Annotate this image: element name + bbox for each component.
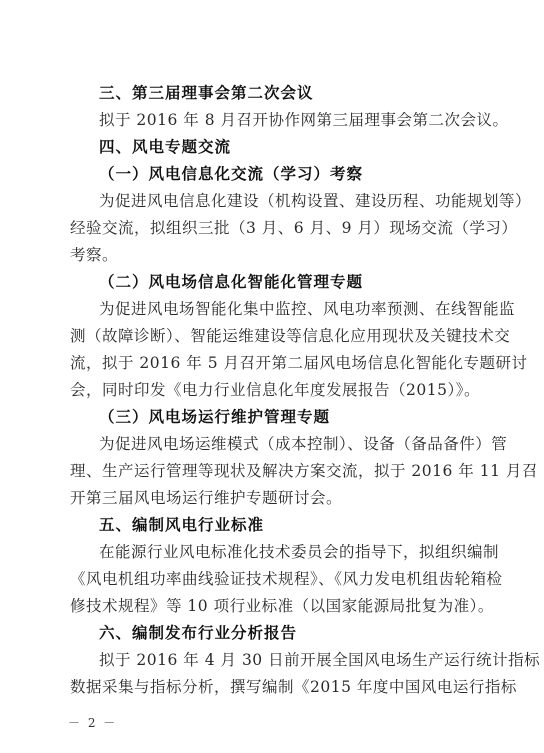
paragraph-line: 测（故障诊断）、智能运维建设等信息化应用现状及关键技术交: [70, 323, 474, 350]
subsection-heading-4-3: （三）风电场运行维护管理专题: [70, 404, 474, 431]
page-number: － 2 －: [68, 714, 117, 731]
section-heading-3: 三、第三届理事会第二次会议: [70, 80, 474, 107]
section-heading-6: 六、编制发布行业分析报告: [70, 620, 474, 647]
paragraph-line: 修技术规程》等 10 项行业标准（以国家能源局批复为准）。: [70, 593, 474, 620]
subsection-heading-4-1: （一）风电信息化交流（学习）考察: [70, 161, 474, 188]
paragraph-line: 数据采集与指标分析，撰写编制《2015 年度中国风电运行指标: [70, 674, 474, 701]
section-heading-5: 五、编制风电行业标准: [70, 512, 474, 539]
paragraph-line: 理、生产运行管理等现状及解决方案交流，拟于 2016 年 11 月召: [70, 458, 474, 485]
section-heading-4: 四、风电专题交流: [70, 134, 474, 161]
paragraph-line: 流，拟于 2016 年 5 月召开第二届风电场信息化智能化专题研讨: [70, 350, 474, 377]
paragraph-line: 开第三届风电场运行维护专题研讨会。: [70, 485, 474, 512]
paragraph-line: 经验交流，拟组织三批（3 月、6 月、9 月）现场交流（学习）: [70, 215, 474, 242]
document-body: 三、第三届理事会第二次会议 拟于 2016 年 8 月召开协作网第三届理事会第二…: [70, 80, 474, 701]
paragraph-line: 为促进风电信息化建设（机构设置、建设历程、功能规划等）: [70, 188, 474, 215]
paragraph-line: 拟于 2016 年 4 月 30 日前开展全国风电场生产运行统计指标: [70, 647, 474, 674]
subsection-heading-4-2: （二）风电场信息化智能化管理专题: [70, 269, 474, 296]
paragraph-line: 会，同时印发《电力行业信息化年度发展报告（2015）》。: [70, 377, 474, 404]
paragraph-line: 为促进风电场运维模式（成本控制）、设备（备品备件）管: [70, 431, 474, 458]
paragraph-line: 拟于 2016 年 8 月召开协作网第三届理事会第二次会议。: [70, 107, 474, 134]
paragraph-line: 考察。: [70, 242, 474, 269]
paragraph-line: 为促进风电场智能化集中监控、风电功率预测、在线智能监: [70, 296, 474, 323]
paragraph-line: 在能源行业风电标准化技术委员会的指导下，拟组织编制: [70, 539, 474, 566]
paragraph-line: 《风电机组功率曲线验证技术规程》、《风力发电机组齿轮箱检: [70, 566, 474, 593]
document-page: 三、第三届理事会第二次会议 拟于 2016 年 8 月召开协作网第三届理事会第二…: [0, 0, 544, 753]
